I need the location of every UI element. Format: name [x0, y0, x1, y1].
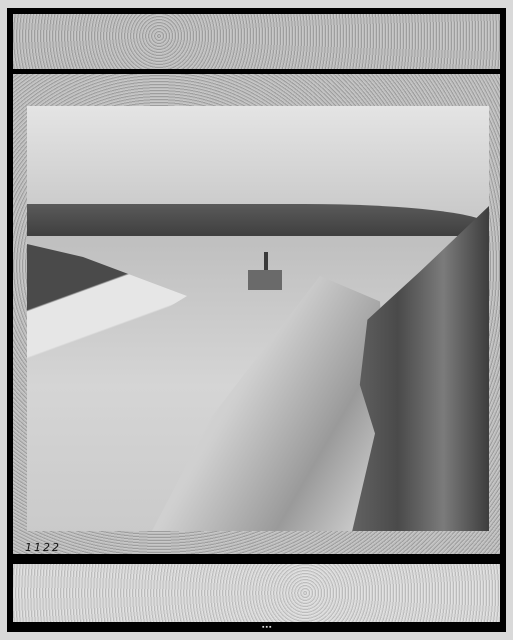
steamboat: [248, 270, 282, 290]
sky: [27, 106, 489, 216]
tree-line: [27, 204, 489, 240]
smokestack: [264, 252, 268, 270]
mount-bottom-panel: [13, 564, 500, 622]
photograph: [27, 106, 489, 531]
mount-top-panel: [13, 14, 500, 69]
divider-line: [13, 69, 500, 71]
catalog-number: 1122: [25, 541, 61, 554]
bottom-stamp: ▪▪▪: [262, 624, 272, 631]
divider-line: [13, 554, 500, 556]
